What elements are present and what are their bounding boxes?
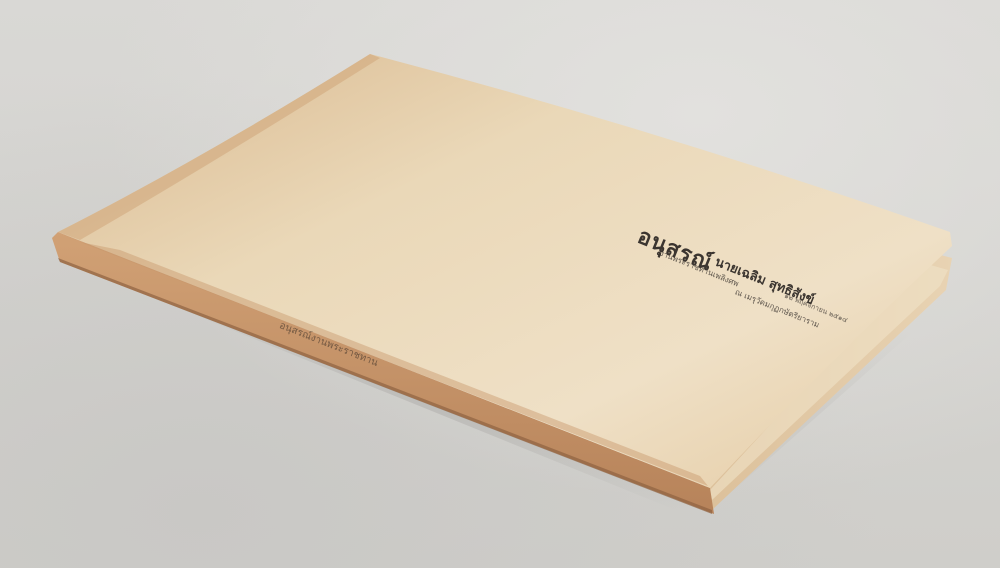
book — [0, 0, 1000, 568]
